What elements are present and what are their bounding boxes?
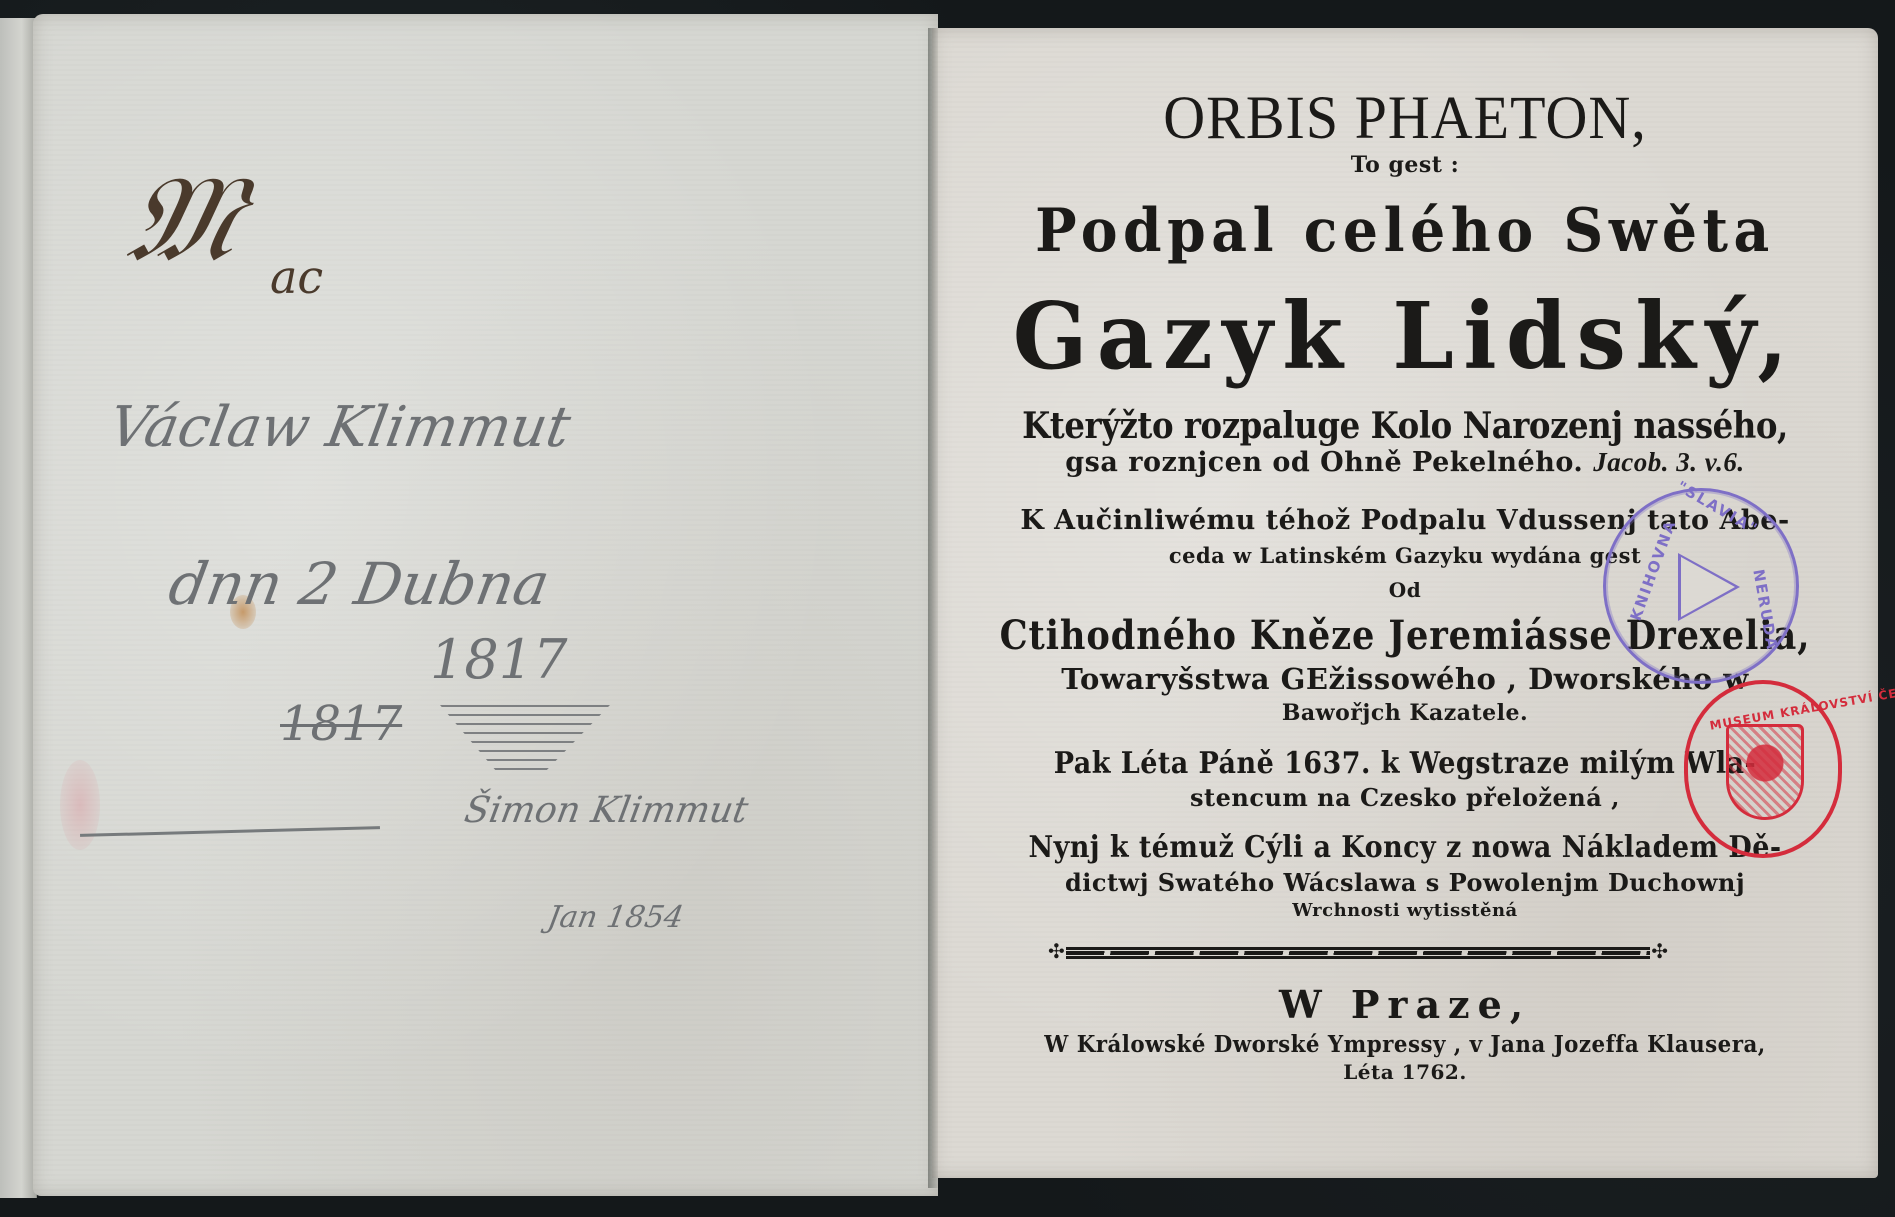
imprint-place: W Praze,	[932, 982, 1878, 1027]
handwritten-year: 1817	[430, 628, 567, 691]
main-title: ORBIS PHAETON,	[932, 82, 1878, 152]
stamp-text-right: NERUDA	[1749, 568, 1781, 652]
handwritten-owner-name-1: Václaw Klimmut	[104, 395, 575, 460]
imprint-year: Léta 1762.	[932, 1060, 1878, 1084]
edition-line-1: Nynj k témuž Cýli a Koncy z nowa Náklade…	[979, 830, 1830, 865]
handwritten-date-2: Jan 1854	[545, 900, 686, 935]
imprint-printer: W Králowské Dworské Ympressy , v Jana Jo…	[965, 1031, 1845, 1058]
triangle-emblem-icon	[1678, 553, 1740, 621]
book-cover-edge	[0, 18, 37, 1198]
ornamental-rule	[1066, 945, 1650, 961]
description-line-2: gsa roznjcen od Ohně Pekelného. Jacob. 3…	[932, 447, 1878, 478]
description-line-2-text: gsa roznjcen od Ohně Pekelného.	[1065, 447, 1583, 478]
handwritten-owner-name-2: Šimon Klimmut	[461, 790, 751, 831]
to-gest-line: To gest :	[932, 152, 1878, 178]
edition-line-2: dictwj Swatého Wácslawa s Powolenjm Duch…	[932, 868, 1878, 897]
stamp-text-left: KNIHOVNA	[1627, 517, 1680, 623]
museum-stamp-red: MUSEUM KRÁLOVSTVÍ ČESKÉHO	[1684, 680, 1842, 858]
handwritten-monogram-suffix: ac	[270, 250, 323, 304]
library-stamp-purple: "SLAVIA" NERUDA KNIHOVNA	[1603, 488, 1799, 684]
description-line-1: Kterýžto rozpaluge Kolo Narozenj nassého…	[979, 405, 1830, 447]
scripture-reference: Jacob. 3. v.6.	[1593, 447, 1744, 477]
edition-line-3: Wrchnosti wytisstěná	[932, 900, 1878, 921]
coat-of-arms-lion-icon	[1726, 724, 1804, 820]
handwritten-date-line: dnn 2 Dubna	[164, 550, 555, 618]
handwritten-year-crossed-out: 1817	[280, 696, 402, 752]
subtitle-line-1: Podpal celého Swěta	[970, 196, 1840, 266]
subtitle-line-2: Gazyk Lidský,	[956, 282, 1855, 390]
